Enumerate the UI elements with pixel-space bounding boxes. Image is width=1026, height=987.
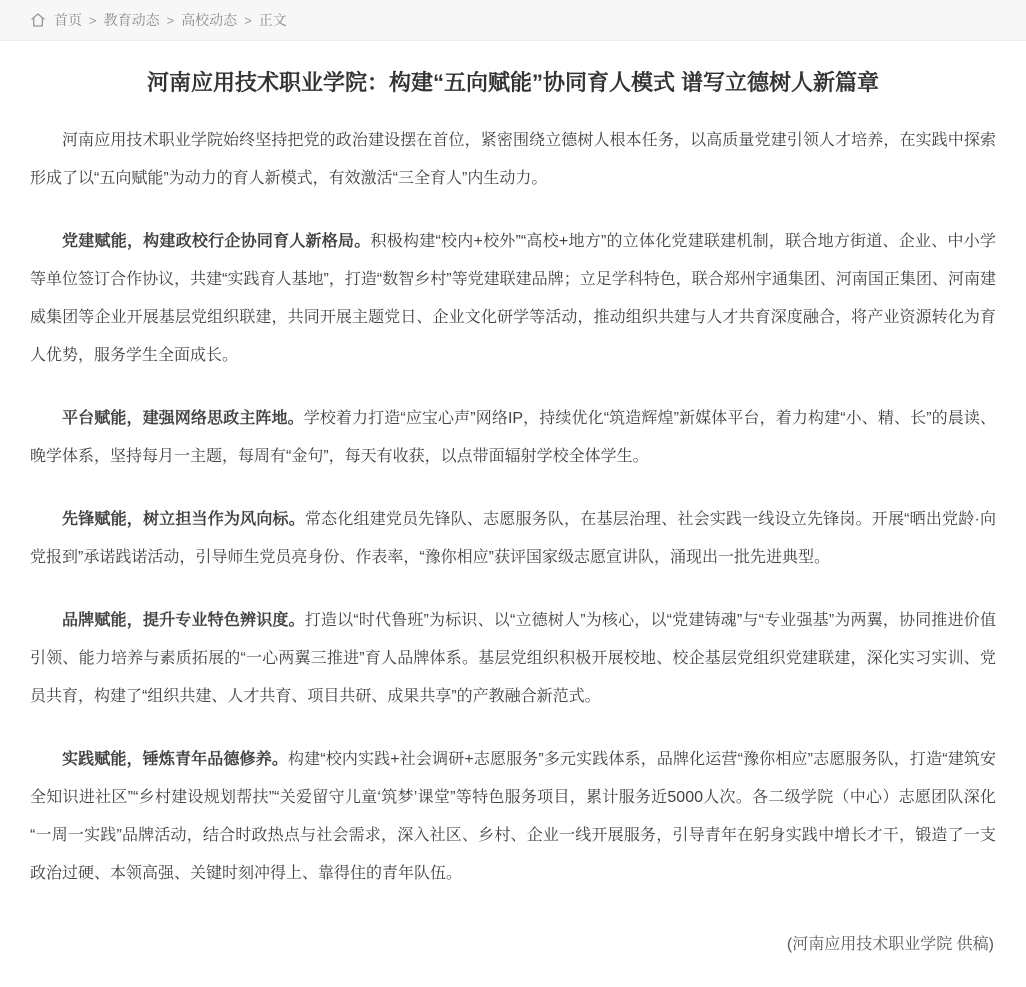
- breadcrumb-separator: >: [244, 13, 252, 28]
- paragraph-lead: 实践赋能，锤炼青年品德修养。: [62, 751, 288, 768]
- paragraph-lead: 先锋赋能，树立担当作为风向标。: [62, 511, 305, 528]
- breadcrumb-item-college-news[interactable]: 高校动态: [181, 10, 237, 30]
- paragraph-lead: 平台赋能，建强网络思政主阵地。: [62, 410, 304, 427]
- article-paragraph: 党建赋能，构建政校行企协同育人新格局。积极构建“校内+校外”“高校+地方”的立体…: [30, 223, 996, 375]
- breadcrumb-item-current: 正文: [259, 10, 287, 30]
- breadcrumb-separator: >: [167, 13, 175, 28]
- breadcrumb-item-education-news[interactable]: 教育动态: [104, 10, 160, 30]
- article-body: 河南应用技术职业学院始终坚持把党的政治建设摆在首位，紧密围绕立德树人根本任务，以…: [30, 122, 996, 893]
- paragraph-lead: 党建赋能，构建政校行企协同育人新格局。: [62, 233, 371, 250]
- paragraph-text: 积极构建“校内+校外”“高校+地方”的立体化党建联建机制，联合地方街道、企业、中…: [30, 233, 996, 364]
- breadcrumb-separator: >: [89, 13, 97, 28]
- paragraph-lead: 品牌赋能，提升专业特色辨识度。: [62, 612, 305, 629]
- breadcrumb: 首页 > 教育动态 > 高校动态 > 正文: [0, 0, 1026, 41]
- article-attribution: (河南应用技术职业学院 供稿): [30, 933, 996, 957]
- article-paragraph: 平台赋能，建强网络思政主阵地。学校着力打造“应宝心声”网络IP，持续优化“筑造辉…: [30, 400, 996, 476]
- paragraph-text: 河南应用技术职业学院始终坚持把党的政治建设摆在首位，紧密围绕立德树人根本任务，以…: [30, 132, 996, 187]
- article-paragraph: 先锋赋能，树立担当作为风向标。常态化组建党员先锋队、志愿服务队，在基层治理、社会…: [30, 501, 996, 577]
- paragraph-text: 构建“校内实践+社会调研+志愿服务”多元实践体系，品牌化运营“豫你相应”志愿服务…: [30, 751, 996, 882]
- home-icon[interactable]: [30, 12, 46, 28]
- page-title: 河南应用技术职业学院：构建“五向赋能”协同育人模式 谱写立德树人新篇章: [40, 68, 986, 98]
- article-paragraph: 河南应用技术职业学院始终坚持把党的政治建设摆在首位，紧密围绕立德树人根本任务，以…: [30, 122, 996, 198]
- breadcrumb-item-home[interactable]: 首页: [54, 10, 82, 30]
- article-container: 河南应用技术职业学院：构建“五向赋能”协同育人模式 谱写立德树人新篇章 河南应用…: [0, 68, 1026, 987]
- article-paragraph: 品牌赋能，提升专业特色辨识度。打造以“时代鲁班”为标识、以“立德树人”为核心，以…: [30, 602, 996, 716]
- article-paragraph: 实践赋能，锤炼青年品德修养。构建“校内实践+社会调研+志愿服务”多元实践体系，品…: [30, 741, 996, 893]
